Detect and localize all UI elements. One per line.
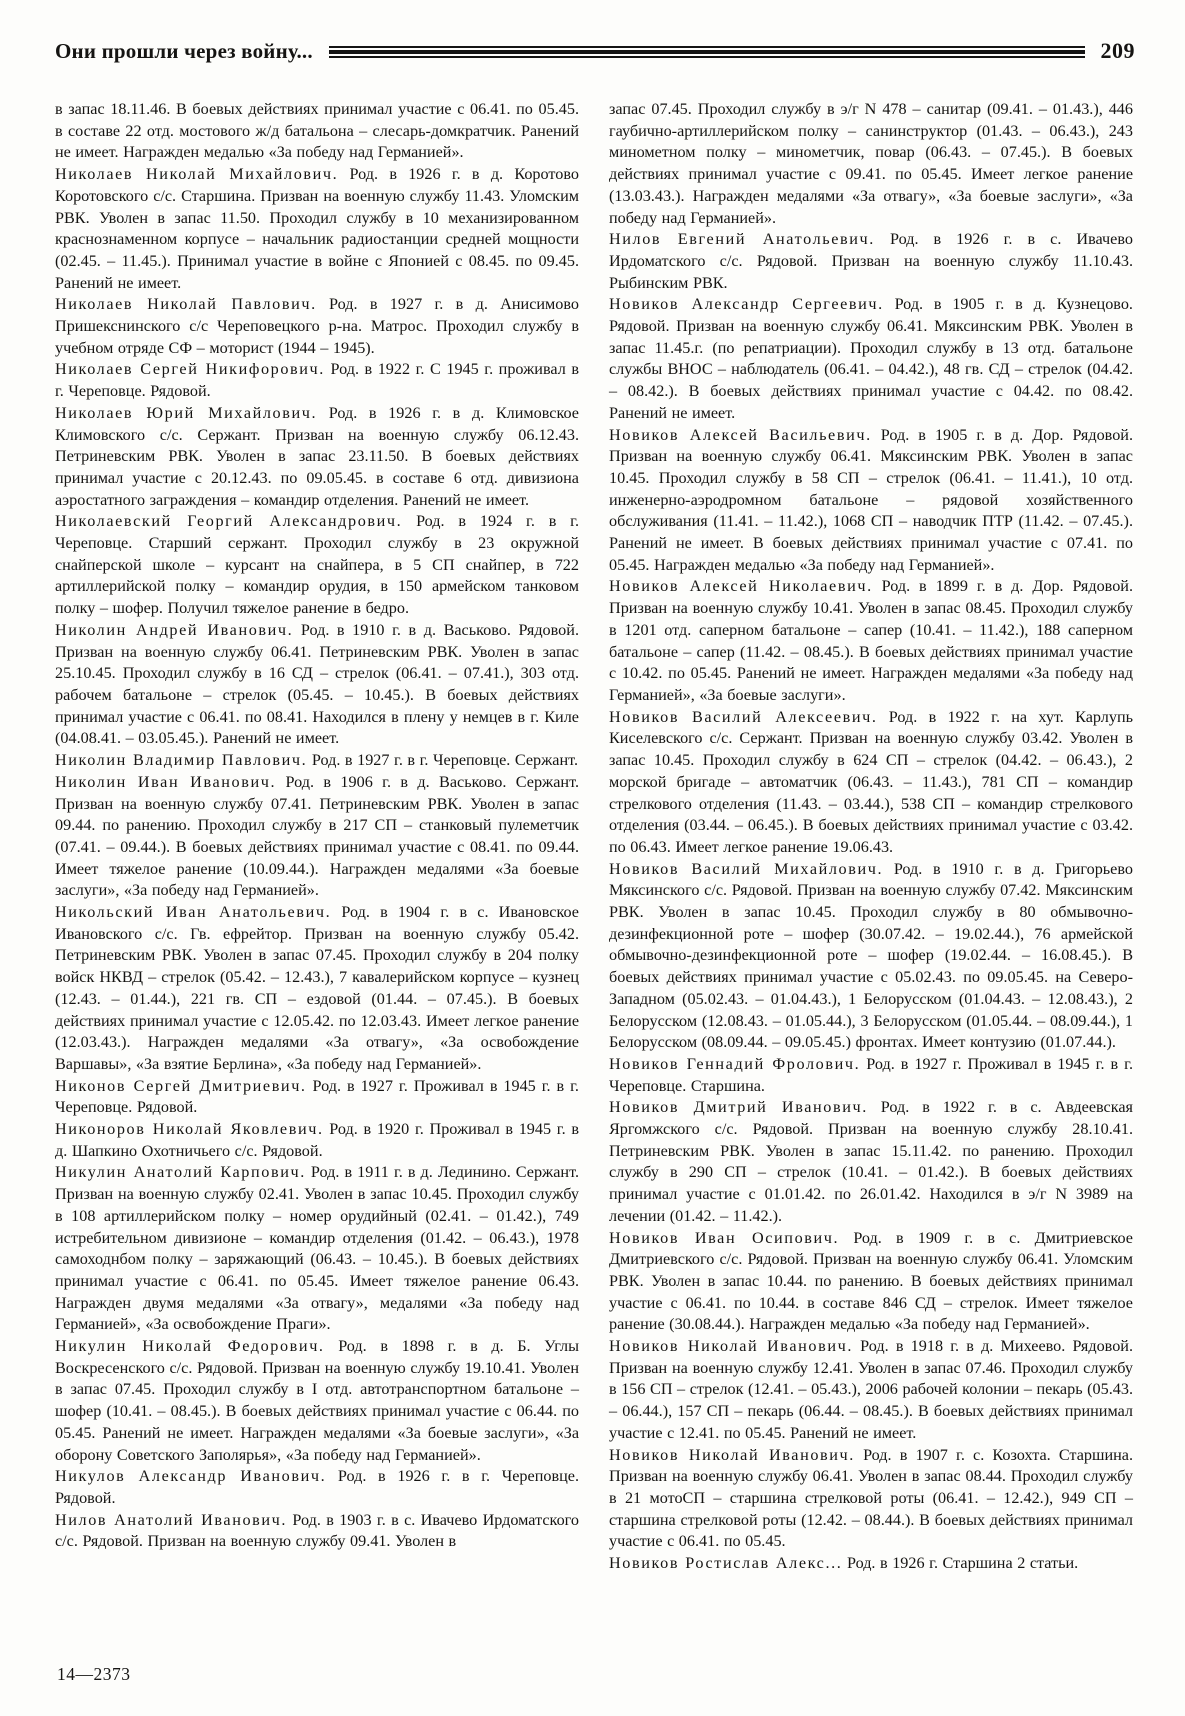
entry-paragraph: Николаев Николай Павлович. Род. в 1927 г… [55,294,579,359]
entry-paragraph: Новиков Василий Михайлович. Род. в 1910 … [609,859,1133,1054]
entry-paragraph: Новиков Николай Иванович. Род. в 1907 г.… [609,1445,1133,1554]
entry-name: Николин Андрей Иванович. [55,621,293,639]
entry-paragraph: Николаев Николай Михайлович. Род. в 1926… [55,164,579,294]
entry-name: Никоноров Николай Яковлевич. [55,1120,324,1138]
entry-name: Николаев Сергей Никифорович. [55,360,325,378]
right-column: запас 07.45. Проходил службу в э/г N 478… [609,99,1133,1575]
entry-name: Николаев Юрий Михайлович. [55,404,317,422]
entry-paragraph: Новиков Алексей Николаевич. Род. в 1899 … [609,576,1133,706]
entry-paragraph: Николаевский Георгий Александрович. Род.… [55,511,579,620]
entry-name: Новиков Александр Сергеевич. [609,295,884,313]
entry-paragraph: запас 07.45. Проходил службу в э/г N 478… [609,99,1133,229]
left-column: в запас 18.11.46. В боевых действиях при… [55,99,579,1575]
entry-paragraph: Николаев Сергей Никифорович. Род. в 1922… [55,359,579,402]
entry-name: Новиков Василий Алексеевич. [609,708,878,726]
entry-paragraph: Новиков Дмитрий Иванович. Род. в 1922 г.… [609,1097,1133,1227]
entry-name: Новиков Геннадий Фролович. [609,1055,860,1073]
entry-name: Никулин Николай Федорович. [55,1337,325,1355]
entry-paragraph: Никулин Николай Федорович. Род. в 1898 г… [55,1336,579,1466]
entry-paragraph: Новиков Николай Иванович. Род. в 1918 г.… [609,1336,1133,1445]
entry-name: Новиков Николай Иванович. [609,1337,853,1355]
entry-paragraph: Николин Андрей Иванович. Род. в 1910 г. … [55,620,579,750]
entry-name: Новиков Алексей Васильевич. [609,426,872,444]
entry-paragraph: Новиков Ростислав Алекс... Род. в 1926 г… [609,1553,1133,1575]
printers-mark: 14—2373 [57,1664,131,1684]
entry-name: Николин Иван Иванович. [55,773,276,791]
page-footer: 14—2373 [57,1664,131,1685]
entry-paragraph: Никольский Иван Анатольевич. Род. в 1904… [55,902,579,1076]
entry-paragraph: Нилов Анатолий Иванович. Род. в 1903 г. … [55,1510,579,1553]
entry-paragraph: Новиков Алексей Васильевич. Род. в 1905 … [609,425,1133,577]
entry-paragraph: в запас 18.11.46. В боевых действиях при… [55,99,579,164]
entry-name: Николаевский Георгий Александрович. [55,512,402,530]
entry-name: Новиков Ростислав Алекс... [609,1554,842,1572]
entry-paragraph: Новиков Геннадий Фролович. Род. в 1927 г… [609,1054,1133,1097]
entry-name: Николаев Николай Михайлович. [55,165,338,183]
page-header: Они прошли через войну... 209 [55,38,1135,64]
entry-name: Новиков Алексей Николаевич. [609,577,873,595]
page-number: 209 [1101,38,1136,64]
entry-paragraph: Новиков Василий Алексеевич. Род. в 1922 … [609,707,1133,859]
text-columns: в запас 18.11.46. В боевых действиях при… [55,99,1133,1575]
entry-name: Нилов Анатолий Иванович. [55,1511,287,1529]
entry-name: Николин Владимир Павлович. [55,751,307,769]
entry-name: Нилов Евгений Анатольевич. [609,230,875,248]
entry-name: Никулов Александр Иванович. [55,1467,326,1485]
entry-paragraph: Новиков Иван Осипович. Род. в 1909 г. в … [609,1228,1133,1337]
entry-paragraph: Нилов Евгений Анатольевич. Род. в 1926 г… [609,229,1133,294]
entry-name: Никонов Сергей Дмитриевич. [55,1077,307,1095]
entry-paragraph: Николин Иван Иванович. Род. в 1906 г. в … [55,772,579,902]
entry-paragraph: Никулин Анатолий Карпович. Род. в 1911 г… [55,1162,579,1336]
entry-name: Николаев Николай Павлович. [55,295,317,313]
page-title: Они прошли через войну... [55,39,313,64]
entry-name: Новиков Иван Осипович. [609,1229,839,1247]
entry-name: Новиков Василий Михайлович. [609,860,883,878]
entry-name: Новиков Николай Иванович. [609,1446,855,1464]
header-rule-divider [329,46,1085,58]
book-page: Они прошли через войну... 209 в запас 18… [0,0,1185,1716]
entry-name: Новиков Дмитрий Иванович. [609,1098,868,1116]
entry-paragraph: Николин Владимир Павлович. Род. в 1927 г… [55,750,579,772]
entry-paragraph: Новиков Александр Сергеевич. Род. в 1905… [609,294,1133,424]
entry-name: Никольский Иван Анатольевич. [55,903,331,921]
entry-paragraph: Никулов Александр Иванович. Род. в 1926 … [55,1466,579,1509]
entry-paragraph: Никонов Сергей Дмитриевич. Род. в 1927 г… [55,1076,579,1119]
entry-name: Никулин Анатолий Карпович. [55,1163,306,1181]
entry-paragraph: Николаев Юрий Михайлович. Род. в 1926 г.… [55,403,579,512]
entry-paragraph: Никоноров Николай Яковлевич. Род. в 1920… [55,1119,579,1162]
